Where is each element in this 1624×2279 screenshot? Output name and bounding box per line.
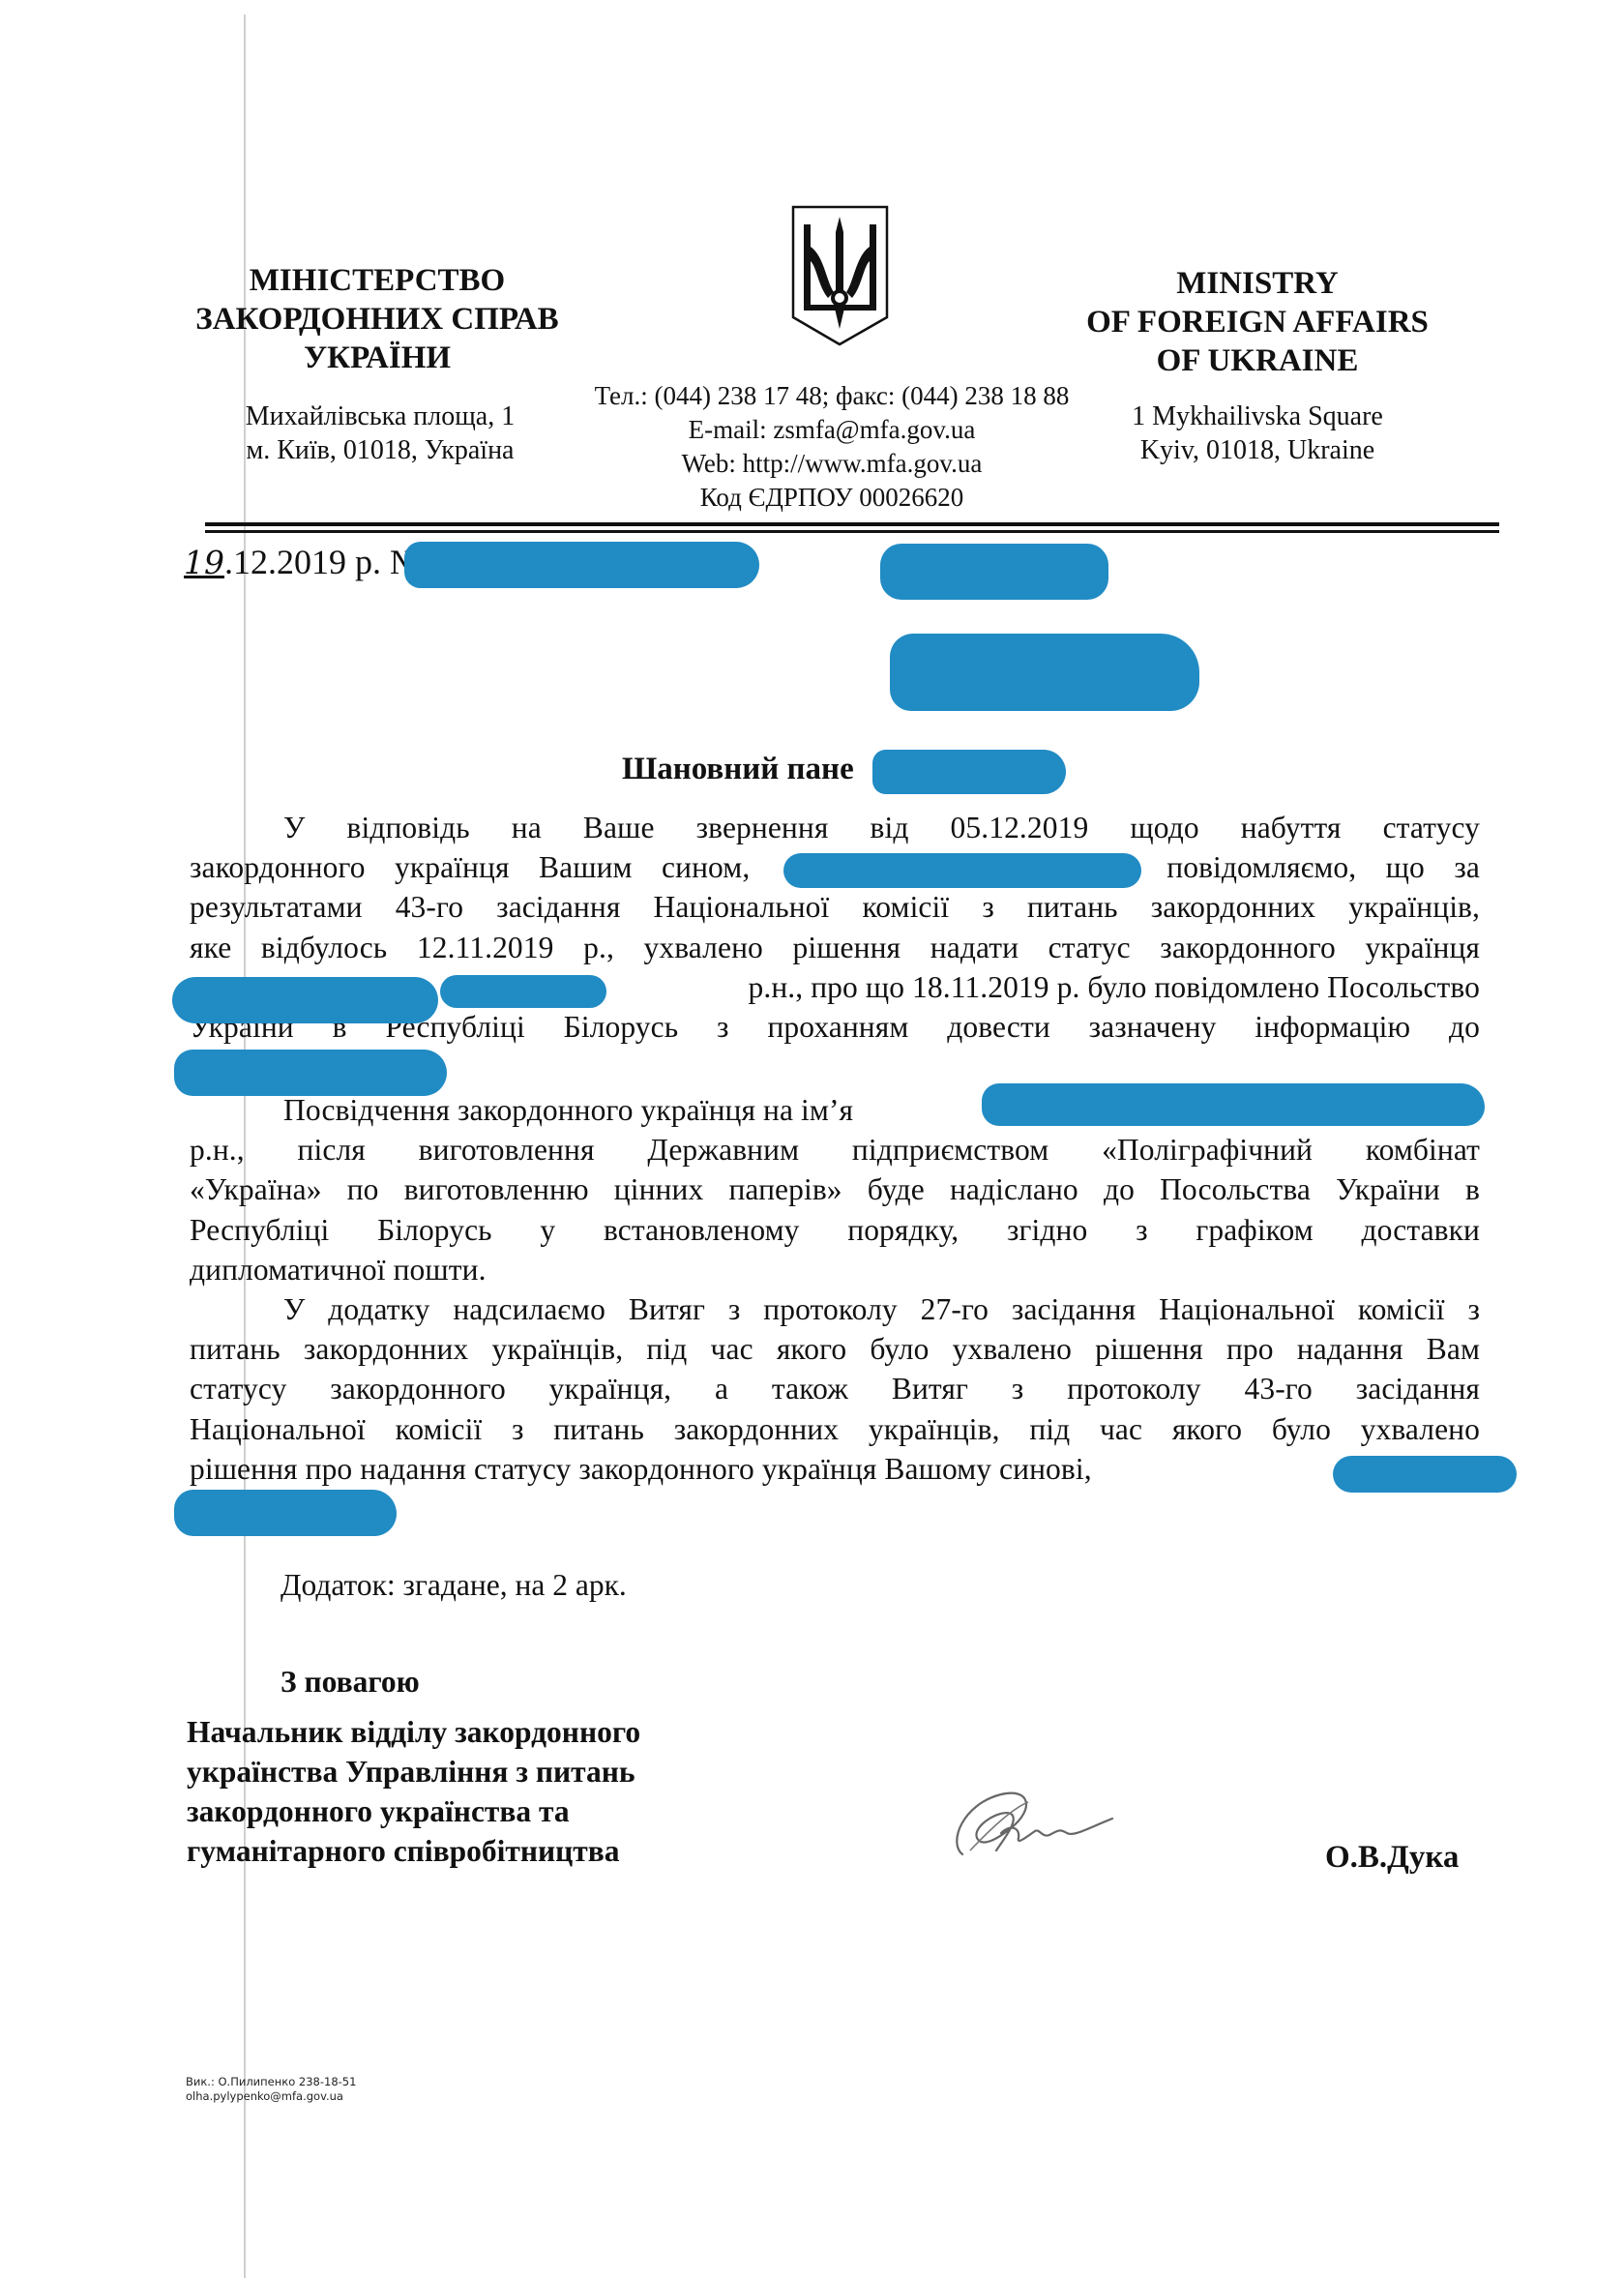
handwritten-day: 19 [184,544,224,581]
ministry-name-en: MINISTRY OF FOREIGN AFFAIRS OF UKRAINE [1064,264,1451,380]
website: Web: http://www.mfa.gov.ua [571,447,1093,481]
ministry-ua-line: ЗАКОРДОННИХ СПРАВ [189,300,566,339]
address-en-line: Kyiv, 01018, Ukraine [1093,433,1422,467]
ministry-en-line: OF FOREIGN AFFAIRS [1064,303,1451,341]
closing-regards: З повагою [281,1662,420,1702]
address-ua-line: м. Київ, 01018, Україна [221,433,540,467]
position-line: Начальник відділу закордонного [187,1712,640,1752]
paragraph-line: Республіці Білорусь у встановленому поря… [190,1210,1480,1250]
ministry-ua-line: УКРАЇНИ [189,339,566,377]
address-ua: Михайлівська площа, 1 м. Київ, 01018, Ук… [221,400,540,467]
redacted-addressee-name [872,750,1066,794]
paragraph-line: яке відбулось 12.11.2019 р., ухвалено рі… [190,928,1480,967]
text-fragment: повідомляємо, що за [1166,850,1480,884]
trident-coat-of-arms-icon [789,203,891,348]
date-and-number-label: .12.2019 р. № [224,543,423,581]
paragraph-line: статусу закордонного українця, а також В… [190,1369,1480,1408]
ministry-en-line: OF UKRAINE [1064,341,1451,380]
paragraph-line: «Україна» по виготовленню цінних паперів… [190,1169,1480,1209]
paragraph-line: У відповідь на Ваше звернення від 05.12.… [190,808,1480,847]
redacted-certificate-name [982,1083,1485,1126]
ministry-name-ua: МІНІСТЕРСТВО ЗАКОРДОННИХ СПРАВ УКРАЇНИ [189,261,566,377]
edrpou-code: Код ЄДРПОУ 00026620 [571,481,1093,515]
letterhead-double-rule-top [205,522,1499,526]
signatory-position: Начальник відділу закордонного українств… [187,1712,640,1871]
paragraph-line: дипломатичної пошти. [190,1250,1480,1289]
ministry-en-line: MINISTRY [1064,264,1451,303]
executor-email: olha.pylypenko@mfa.gov.ua [186,2089,356,2104]
redacted-son-name-1 [783,853,1141,888]
position-line: закордонного українства та [187,1791,640,1831]
attachment-note: Додаток: згадане, на 2 арк. [281,1565,627,1606]
position-line: українства Управління з питань [187,1752,640,1791]
redacted-addressee-line2 [890,634,1199,711]
redacted-son-name-4 [174,1490,397,1536]
position-line: гуманітарного співробітництва [187,1831,640,1871]
redacted-recipient [174,1050,447,1096]
paragraph-line: питань закордонних українців, під час як… [190,1329,1480,1369]
paragraph-3: У додатку надсилаємо Витяг з протоколу 2… [190,1289,1480,1489]
outgoing-reference: 19.12.2019 р. № [184,538,423,587]
redacted-reference-number [404,542,759,588]
email: E-mail: zsmfa@mfa.gov.ua [571,413,1093,447]
address-en: 1 Mykhailivska Square Kyiv, 01018, Ukrai… [1093,400,1422,467]
executor-info: Вик.: О.Пилипенко 238-18-51 olha.pylypen… [186,2075,356,2104]
executor-name-phone: Вик.: О.Пилипенко 238-18-51 [186,2075,356,2089]
address-ua-line: Михайлівська площа, 1 [221,400,540,433]
phone-fax: Тел.: (044) 238 17 48; факс: (044) 238 1… [571,379,1093,413]
text-fragment: р.н., про що 18.11.2019 р. було повідомл… [749,970,1480,1004]
redacted-son-name-3 [1333,1456,1517,1493]
paragraph-line: результатами 43-го засідання Національно… [190,887,1480,927]
paragraph-line: рішення про надання статусу закордонного… [190,1449,1480,1489]
letterhead-double-rule-bottom [205,530,1499,533]
contact-block: Тел.: (044) 238 17 48; факс: (044) 238 1… [571,379,1093,515]
salutation: Шановний пане [622,745,854,793]
text-fragment: закордонного українця Вашим сином, [190,850,750,884]
redacted-addressee-line1 [880,544,1108,600]
paragraph-line: У додатку надсилаємо Витяг з протоколу 2… [190,1289,1480,1329]
paragraph-line: Національної комісії з питань закордонни… [190,1409,1480,1449]
ministry-ua-line: МІНІСТЕРСТВО [189,261,566,300]
redacted-son-name-2 [172,977,438,1023]
address-en-line: 1 Mykhailivska Square [1093,400,1422,433]
paragraph-line: р.н., після виготовлення Державним підпр… [190,1130,1480,1169]
signatory-name: О.В.Дука [1325,1838,1459,1877]
redacted-birthdate [440,975,606,1008]
handwritten-signature [943,1785,1175,1862]
